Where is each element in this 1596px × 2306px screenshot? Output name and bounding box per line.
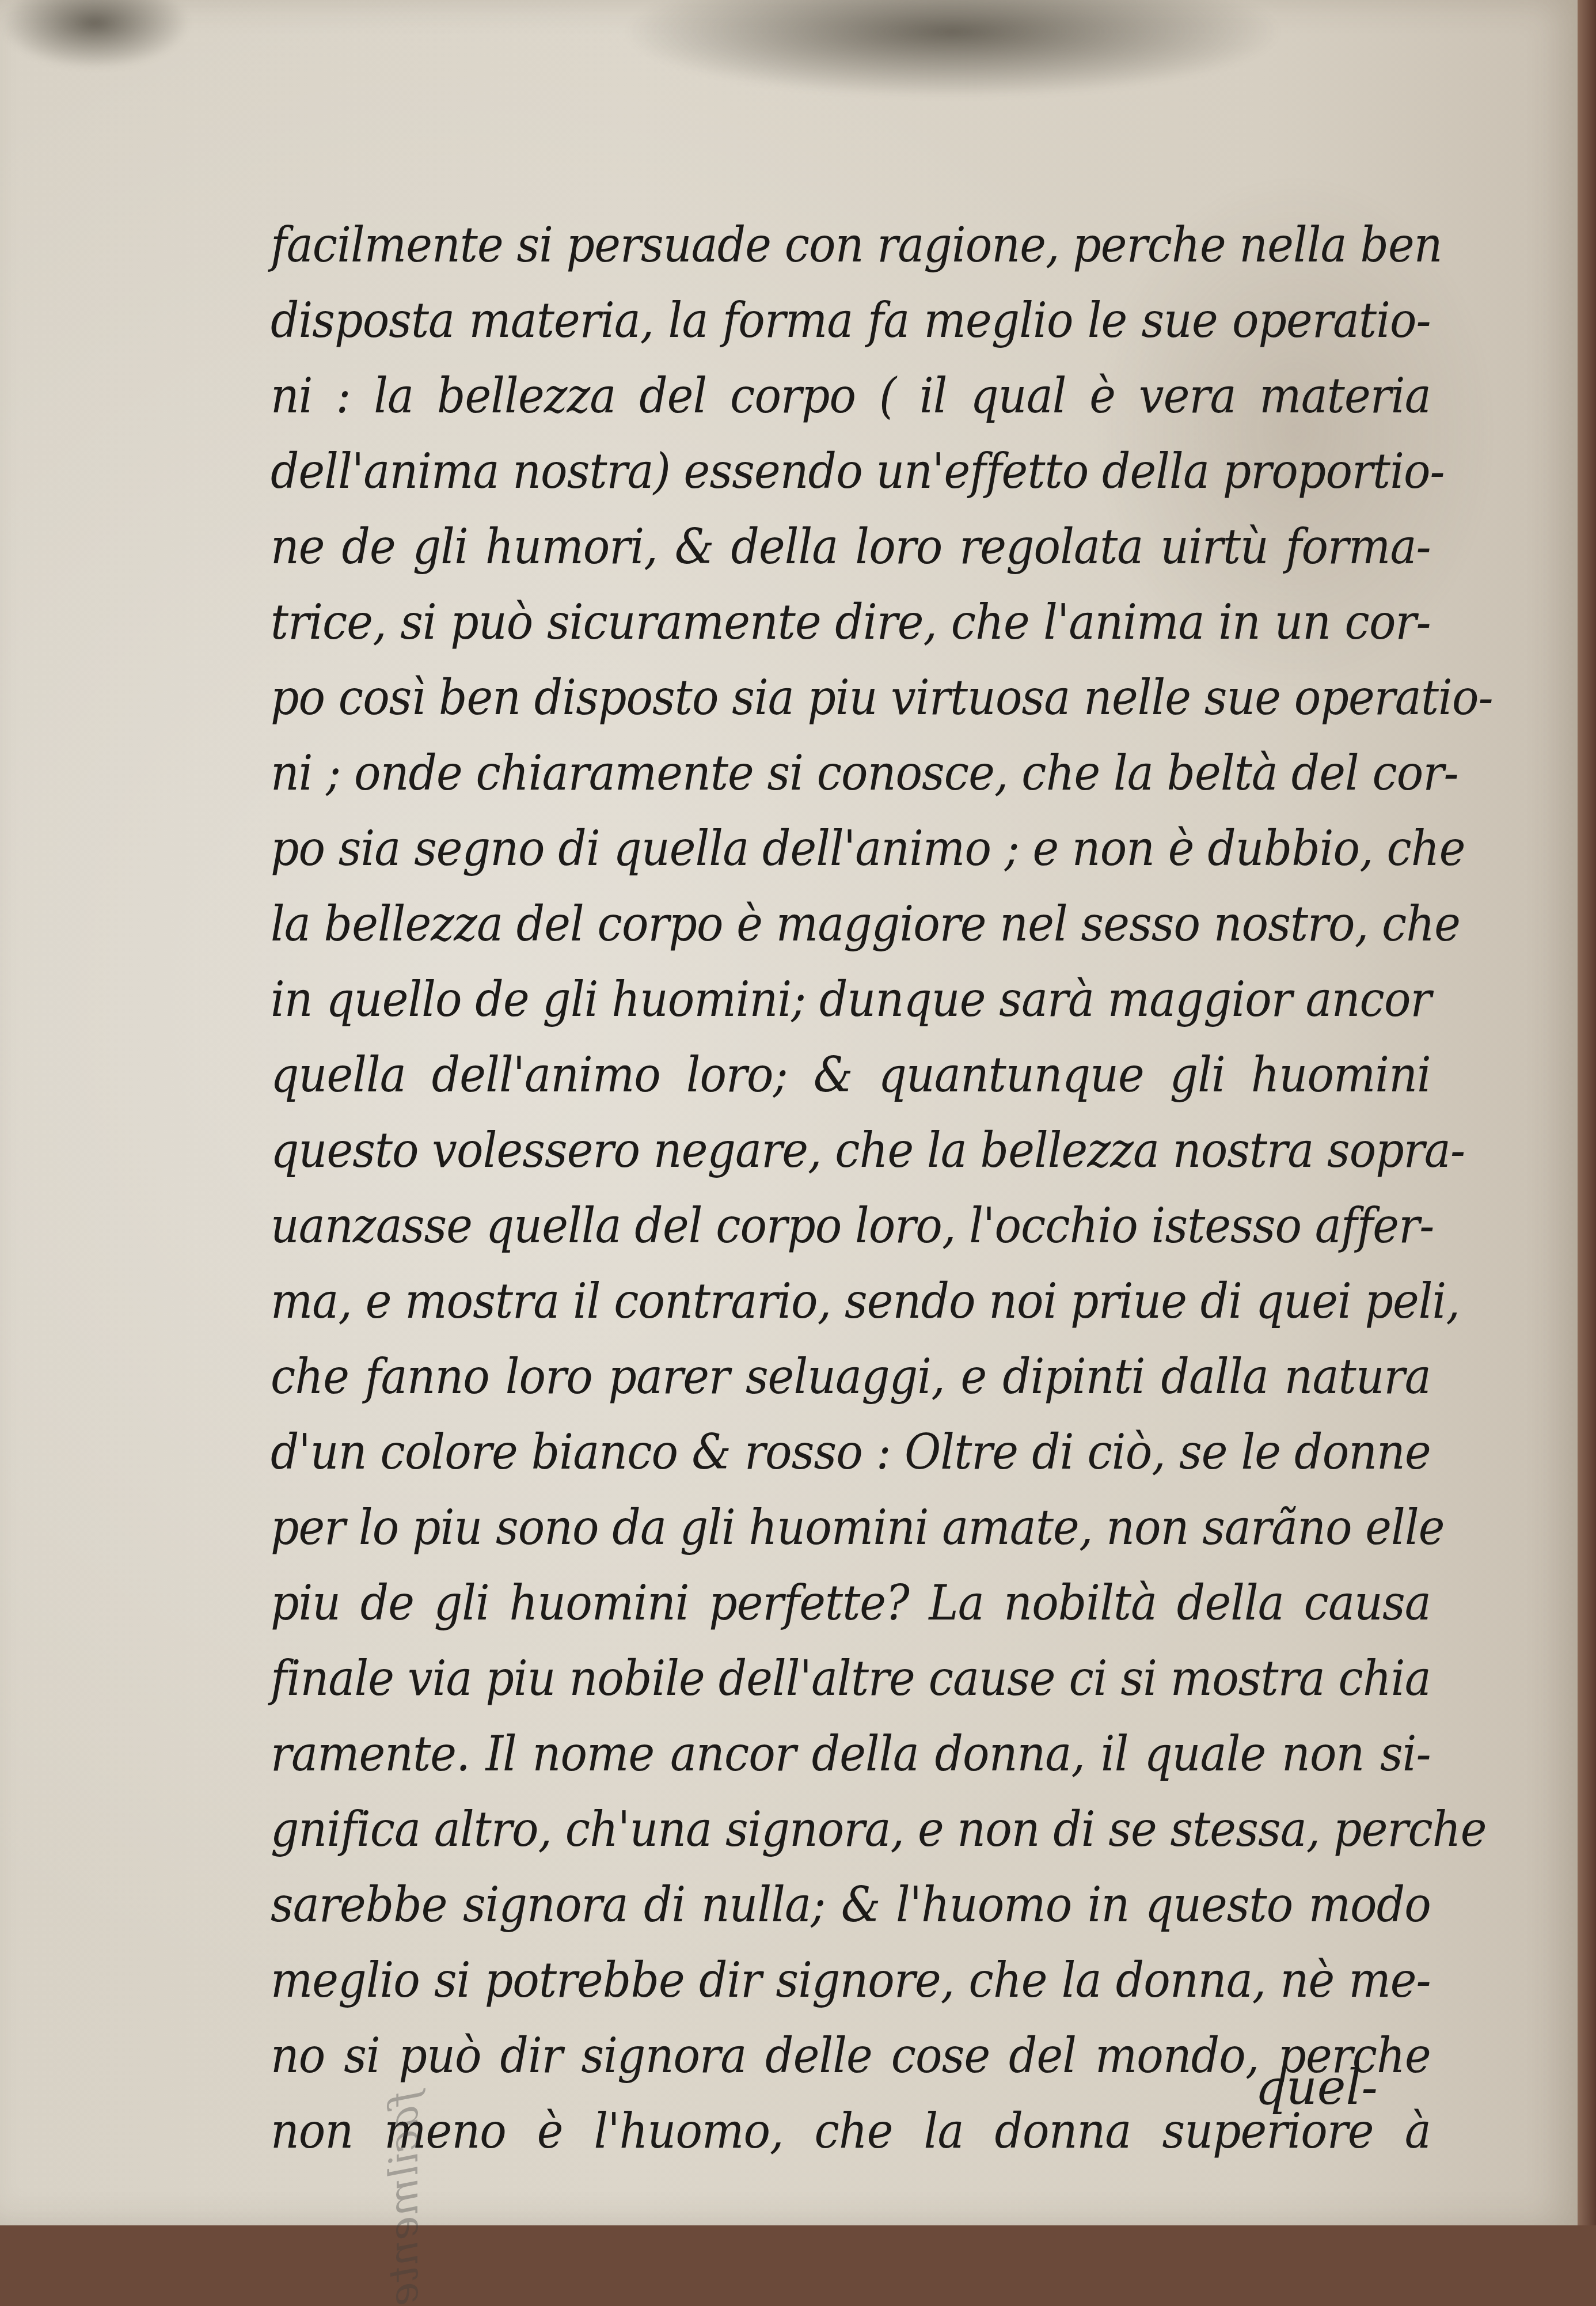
text-line: che fanno loro parer seluaggi, e dipinti… [271, 1339, 1431, 1414]
text-line: finale via piu nobile dell'altre cause c… [271, 1641, 1431, 1716]
page-edge [1578, 0, 1596, 2225]
text-line: quella dell'animo loro; & quantunque gli… [271, 1037, 1431, 1113]
text-line: ne de gli humori, & della loro regolata … [271, 509, 1431, 585]
text-line: facilmente si persuade con ragione, perc… [271, 207, 1431, 283]
text-line: in quello de gli huomini; dunque sarà ma… [271, 962, 1431, 1037]
show-through-text: facilmente [380, 2091, 427, 2225]
text-line: gnifica altro, ch'una signora, e non di … [271, 1792, 1431, 1867]
text-line: per lo piu sono da gli huomini amate, no… [271, 1490, 1431, 1565]
text-line: ramente. Il nome ancor della donna, il q… [271, 1716, 1431, 1792]
text-line: uanzasse quella del corpo loro, l'occhio… [271, 1188, 1431, 1264]
text-line: ni ; onde chiaramente si conosce, che la… [271, 735, 1431, 811]
text-line: po così ben disposto sia piu virtuosa ne… [271, 660, 1431, 735]
text-line: trice, si può sicuramente dire, che l'an… [271, 585, 1431, 660]
ink-stain [622, 0, 1284, 98]
text-line: po sia segno di quella dell'animo ; e no… [271, 811, 1431, 886]
text-line: ni : la bellezza del corpo ( il qual è v… [271, 358, 1431, 434]
text-line: meglio si potrebbe dir signore, che la d… [271, 1943, 1431, 2018]
ink-stain [0, 0, 190, 69]
text-line: la bellezza del corpo è maggiore nel ses… [271, 886, 1431, 962]
text-line: ma, e mostra il contrario, sendo noi pri… [271, 1264, 1431, 1339]
body-text: facilmente si persuade con ragione, perc… [271, 207, 1434, 2169]
text-line: piu de gli huomini perfette? La nobiltà … [271, 1565, 1431, 1641]
catchword: quel- [1255, 2059, 1378, 2115]
text-line: d'un colore bianco & rosso : Oltre di ci… [271, 1414, 1431, 1490]
text-line: questo volessero negare, che la bellezza… [271, 1113, 1431, 1188]
book-page: facilmente si persuade con ragione, perc… [0, 0, 1581, 2225]
text-line: dell'anima nostra) essendo un'effetto de… [271, 434, 1431, 509]
text-line: disposta materia, la forma fa meglio le … [271, 283, 1431, 358]
text-line: sarebbe signora di nulla; & l'huomo in q… [271, 1867, 1431, 1943]
